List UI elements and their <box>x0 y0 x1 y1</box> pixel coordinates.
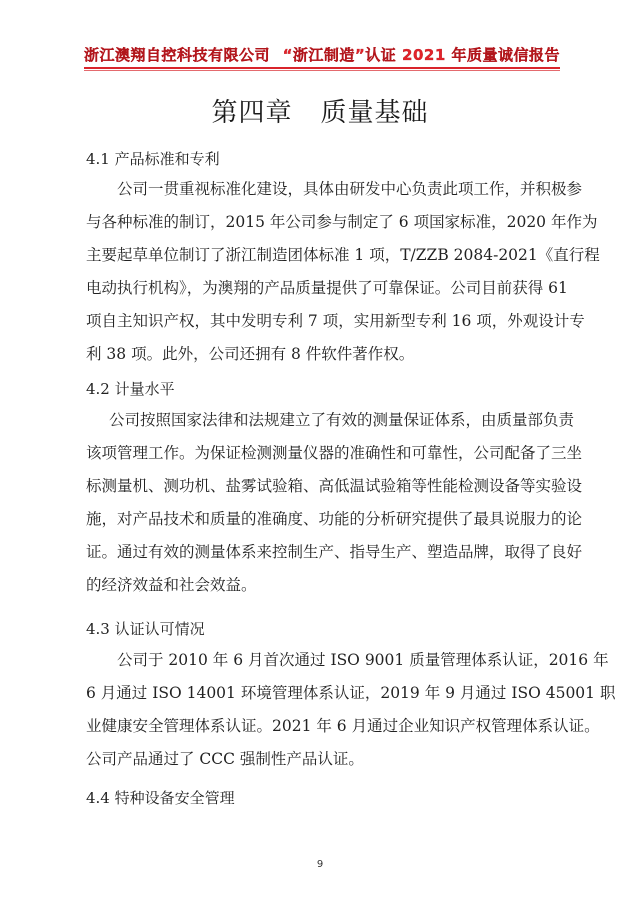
paragraph-line: 证。通过有效的测量体系来控制生产、指导生产、塑造品牌，取得了良好 <box>86 536 560 569</box>
paragraph-line: 该项管理工作。为保证检测测量仪器的准确性和可靠性，公司配备了三坐 <box>86 437 560 470</box>
paragraph-line: 利 38 项。此外，公司还拥有 8 件软件著作权。 <box>86 338 560 371</box>
paragraph-line: 与各种标准的制订，2015 年公司参与制定了 6 项国家标准，2020 年作为 <box>86 206 560 239</box>
paragraph-line: 电动执行机构》，为澳翔的产品质量提供了可靠保证。公司目前获得 61 <box>86 272 560 305</box>
chapter-name: 质量基础 <box>321 98 429 128</box>
section-4-2-paragraph: 公司按照国家法律和法规建立了有效的测量保证体系，由质量部负责 该项管理工作。为保… <box>86 404 560 602</box>
paragraph-line: 业健康安全管理体系认证。2021 年 6 月通过企业知识产权管理体系认证。 <box>86 710 560 743</box>
page-number: 9 <box>0 859 640 870</box>
section-heading-4-2: 4.2 计量水平 <box>86 378 175 399</box>
paragraph-line: 项自主知识产权，其中发明专利 7 项，实用新型专利 16 项，外观设计专 <box>86 305 560 338</box>
header-company-name: 浙江澳翔自控科技有限公司 <box>84 44 270 65</box>
section-heading-4-1: 4.1 产品标准和专利 <box>86 148 220 169</box>
paragraph-line: 公司按照国家法律和法规建立了有效的测量保证体系，由质量部负责 <box>86 404 560 437</box>
paragraph-line: 标测量机、测功机、盐雾试验箱、高低温试验箱等性能检测设备等实验设 <box>86 470 560 503</box>
paragraph-line: 公司一贯重视标准化建设，具体由研发中心负责此项工作，并积极参 <box>86 173 560 206</box>
paragraph-line: 公司产品通过了 CCC 强制性产品认证。 <box>86 743 560 776</box>
page-header: 浙江澳翔自控科技有限公司 “浙江制造”认证 2021 年质量诚信报告 <box>84 44 560 66</box>
paragraph-line: 施，对产品技术和质量的准确度、功能的分析研究提供了最具说服力的论 <box>86 503 560 536</box>
header-divider-thin <box>84 70 560 71</box>
section-heading-4-3: 4.3 认证认可情况 <box>86 618 205 639</box>
paragraph-line: 的经济效益和社会效益。 <box>86 569 560 602</box>
chapter-number: 第四章 <box>211 98 292 128</box>
chapter-title: 第四章质量基础 <box>0 92 640 129</box>
paragraph-line: 主要起草单位制订了浙江制造团体标准 1 项，T/ZZB 2084-2021《直行… <box>86 239 560 272</box>
section-4-3-paragraph: 公司于 2010 年 6 月首次通过 ISO 9001 质量管理体系认证，201… <box>86 644 560 776</box>
paragraph-line: 6 月通过 ISO 14001 环境管理体系认证，2019 年 9 月通过 IS… <box>86 677 560 710</box>
paragraph-line: 公司于 2010 年 6 月首次通过 ISO 9001 质量管理体系认证，201… <box>86 644 560 677</box>
header-report-title: “浙江制造”认证 2021 年质量诚信报告 <box>283 44 560 65</box>
header-divider <box>84 67 560 69</box>
section-heading-4-4: 4.4 特种设备安全管理 <box>86 787 235 808</box>
section-4-1-paragraph: 公司一贯重视标准化建设，具体由研发中心负责此项工作，并积极参 与各种标准的制订，… <box>86 173 560 371</box>
